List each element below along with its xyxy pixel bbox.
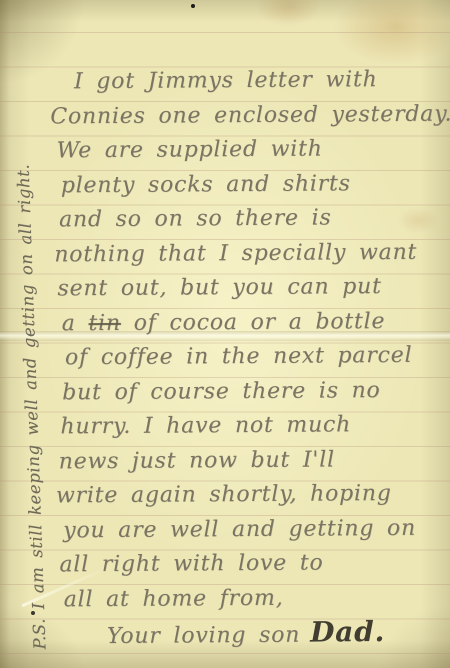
letter-line: but of course there is no [48,373,448,410]
letter-line: hurry. I have not much [48,408,448,445]
letter-line: all right with love to [49,546,449,583]
line-text: a [62,311,89,336]
letter-line: all at home from, [50,580,450,617]
letter-line: sent out, but you can put [47,270,447,307]
ink-speck [191,4,195,8]
letter-line: We are supplied with [46,132,446,169]
letter-body: I got Jimmys letter with Connies one enc… [46,63,450,655]
letter-line: you are well and getting on [49,511,449,548]
letter-line: news just now but I'll [49,442,449,479]
letter-line: write again shortly, hoping [49,477,449,514]
letter-line: and so on so there is [47,201,447,238]
line-text: of cocoa or a bottle [121,309,386,336]
letter-line: plenty socks and shirts [47,166,447,203]
signature: Dad. [310,615,385,649]
struck-word: tin [88,310,121,335]
letter-line: Connies one enclosed yesterday. [46,97,446,134]
closing-text: Your loving son [107,623,300,649]
letter-line-with-strikeout: a tin of cocoa or a bottle [48,304,448,341]
closing-line: Your loving sonDad. [50,615,450,655]
letter-line: nothing that I specially want [47,235,447,272]
letter-paper: P.S. I am still keeping well and getting… [0,0,450,668]
letter-line: I got Jimmys letter with [46,63,446,100]
letter-line: of coffee in the next parcel [48,339,448,376]
